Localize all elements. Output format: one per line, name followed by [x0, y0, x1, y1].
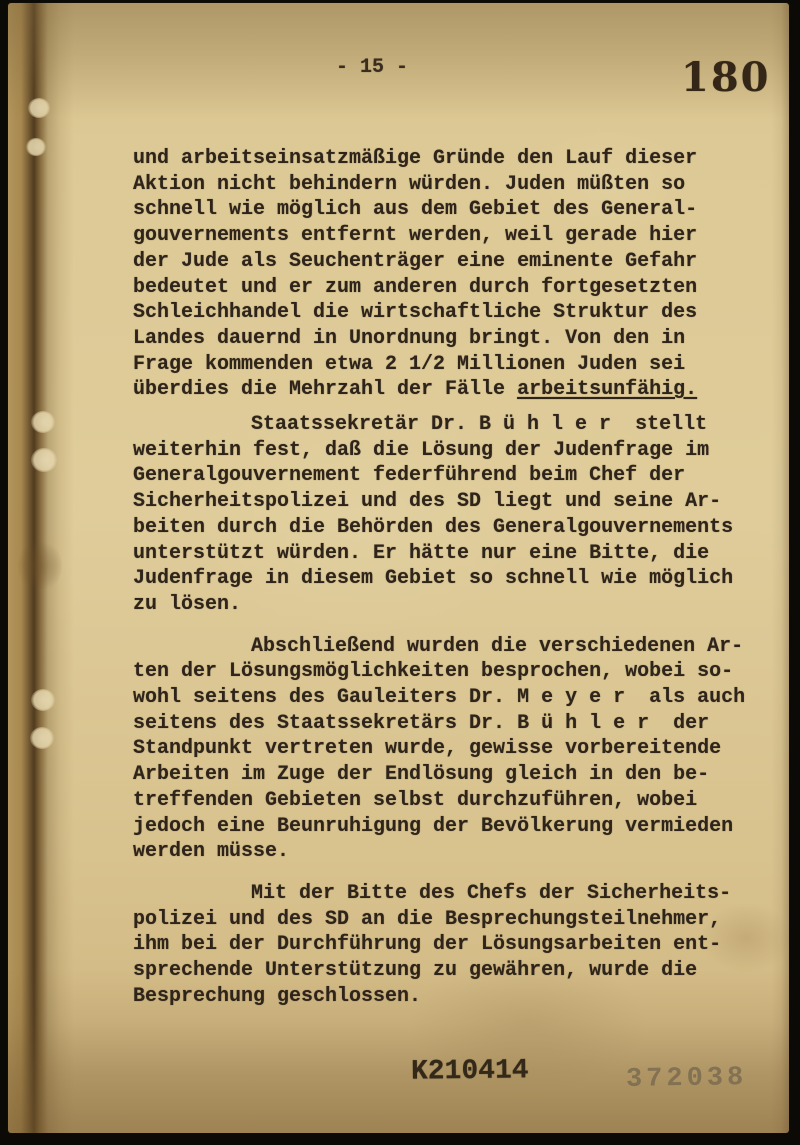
- punch-hole: [31, 411, 55, 433]
- text-line: unterstützt würden. Er hätte nur eine Bi…: [133, 541, 781, 567]
- text-line: Staatssekretär Dr. B ü h l e r stellt: [133, 412, 781, 438]
- text-line: ten der Lösungsmöglichkeiten besprochen,…: [133, 659, 781, 685]
- text-line: überdies die Mehrzahl der Fälle arbeitsu…: [133, 377, 781, 403]
- text-line: gouvernements entfernt werden, weil gera…: [133, 223, 781, 249]
- text-line: Aktion nicht behindern würden. Juden müß…: [133, 172, 781, 198]
- text-line: jedoch eine Beunruhigung der Bevölkerung…: [133, 814, 781, 840]
- punch-hole: [30, 727, 54, 749]
- punch-hole: [28, 98, 50, 118]
- text-line: und arbeitseinsatzmäßige Gründe den Lauf…: [133, 146, 781, 172]
- document-body: und arbeitseinsatzmäßige Gründe den Lauf…: [133, 146, 781, 1010]
- punch-hole: [31, 448, 57, 472]
- scanned-document: - 15 - 180 und arbeitseinsatzmäßige Grün…: [0, 0, 800, 1145]
- page-number: - 15 -: [336, 56, 408, 79]
- paragraph-1: und arbeitseinsatzmäßige Gründe den Lauf…: [133, 146, 781, 403]
- edge-stain: [18, 540, 62, 592]
- text-line: werden müsse.: [133, 839, 781, 865]
- text-line: weiterhin fest, daß die Lösung der Juden…: [133, 438, 781, 464]
- text-line: schnell wie möglich aus dem Gebiet des G…: [133, 197, 781, 223]
- text-line: Standpunkt vertreten wurde, gewisse vorb…: [133, 736, 781, 762]
- text-line: Schleichhandel die wirtschaftliche Struk…: [133, 300, 781, 326]
- text-line: Judenfrage in diesem Gebiet so schnell w…: [133, 566, 781, 592]
- text-line: Landes dauernd in Unordnung bringt. Von …: [133, 326, 781, 352]
- text-line: Arbeiten im Zuge der Endlösung gleich in…: [133, 762, 781, 788]
- text-line: Generalgouvernement federführend beim Ch…: [133, 463, 781, 489]
- text-line: Abschließend wurden die verschiedenen Ar…: [133, 634, 781, 660]
- text-line: Sicherheitspolizei und des SD liegt und …: [133, 489, 781, 515]
- text-line: treffenden Gebieten selbst durchzuführen…: [133, 788, 781, 814]
- text-line: sprechende Unterstützung zu gewähren, wu…: [133, 958, 781, 984]
- paragraph-2: Staatssekretär Dr. B ü h l e r stellt we…: [133, 412, 781, 618]
- paragraph-3: Abschließend wurden die verschiedenen Ar…: [133, 634, 781, 865]
- text-line: Mit der Bitte des Chefs der Sicherheits-: [133, 881, 781, 907]
- paragraph-4: Mit der Bitte des Chefs der Sicherheits-…: [133, 881, 781, 1010]
- text-line: beiten durch die Behörden des Generalgou…: [133, 515, 781, 541]
- text-line: der Jude als Seuchenträger eine eminente…: [133, 249, 781, 275]
- punch-hole: [31, 689, 55, 711]
- text-line: zu lösen.: [133, 592, 781, 618]
- text-line: bedeutet und er zum anderen durch fortge…: [133, 275, 781, 301]
- serial-number-stamp: 372038: [626, 1063, 748, 1095]
- text-line: polizei und des SD an die Besprechungste…: [133, 907, 781, 933]
- punch-hole: [26, 138, 46, 156]
- text-line: seitens des Staatssekretärs Dr. B ü h l …: [133, 711, 781, 737]
- underlined-text: arbeitsunfähig.: [517, 378, 697, 401]
- folio-number-stamp: 180: [681, 54, 771, 101]
- text-line: Besprechung geschlossen.: [133, 984, 781, 1010]
- archive-number-stamp: K210414: [411, 1055, 529, 1087]
- text-segment: überdies die Mehrzahl der Fälle: [133, 378, 517, 401]
- text-line: wohl seitens des Gauleiters Dr. M e y e …: [133, 685, 781, 711]
- text-line: ihm bei der Durchführung der Lösungsarbe…: [133, 932, 781, 958]
- text-line: Frage kommenden etwa 2 1/2 Millionen Jud…: [133, 352, 781, 378]
